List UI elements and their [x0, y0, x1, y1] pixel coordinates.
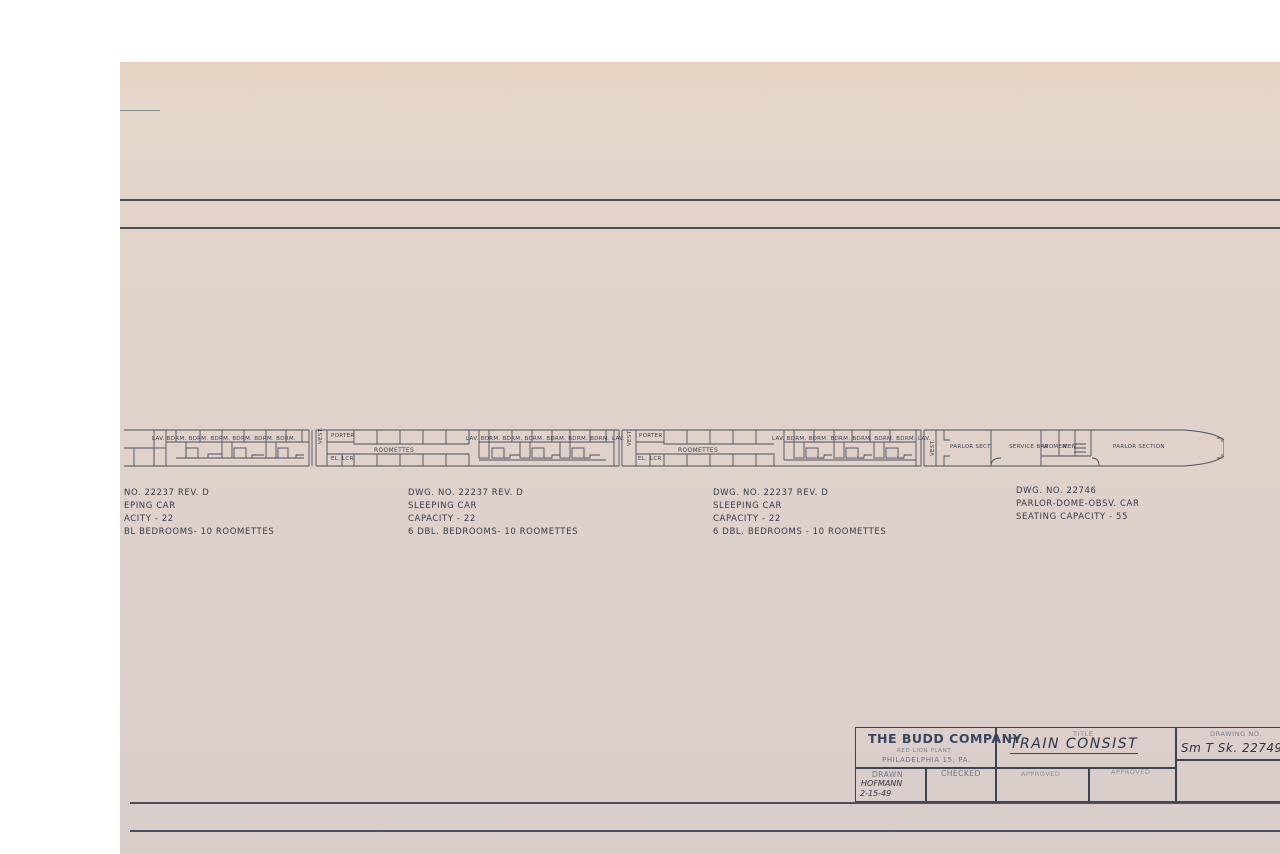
car2-porter-label: PORTER [331, 433, 355, 439]
car4-parlor-section-label: PARLOR SECTION [1113, 444, 1165, 450]
drawn-by: HOFMANN [861, 779, 902, 788]
car3-el-lck-label: EL. [638, 456, 647, 462]
approved-label-1: APPROVED [1021, 770, 1060, 778]
drawing-title: TRAIN CONSIST [1010, 736, 1138, 754]
bottom-border-line-2 [130, 830, 1280, 832]
car2-caption: DWG. NO. 22237 REV. D SLEEPING CAR CAPAC… [408, 487, 578, 539]
car2-roomettes-label: ROOMETTES [374, 447, 414, 454]
drawing-blank-cell [1175, 759, 1280, 802]
drawn-date: 2-15-49 [860, 789, 891, 798]
drawing-no-label: DRAWING NO. [1210, 730, 1262, 738]
bottom-border-line-1 [130, 802, 1280, 804]
car3-roomettes-label: ROOMETTES [678, 447, 718, 454]
plant-name: RED LION PLANT [897, 748, 951, 754]
edge-mark [120, 110, 160, 111]
car3-vest-label: VEST. [627, 429, 633, 446]
car1-caption: NO. 22237 REV. D EPING CAR ACITY - 22 BL… [124, 487, 274, 539]
car2-el-lck-label: EL. [331, 456, 340, 462]
top-border-line-2 [120, 227, 1280, 229]
car4-men-label: MEN [1063, 444, 1076, 450]
car3-caption: DWG. NO. 22237 REV. D SLEEPING CAR CAPAC… [713, 487, 886, 539]
car3-room-labels: LAV. BDRM. BDRM. BDRM. BDRM. BDRM. BDRM.… [772, 436, 931, 442]
car2-vest-label: VEST. [318, 427, 324, 444]
car4-parlor-sect-label: PARLOR SECT. [950, 444, 992, 450]
top-border-line-1 [120, 199, 1280, 201]
car2-room-labels: LAV. BDRM. BDRM. BDRM. BDRM. BDRM. BDRM.… [466, 436, 625, 442]
drawing-number: Sm T Sk. 22749 [1181, 741, 1280, 755]
car4-vest-label: VEST. [930, 439, 936, 456]
car2-lcr-label: LCR [342, 456, 354, 462]
company-name: THE BUDD COMPANY [868, 731, 1022, 746]
checked-label: CHECKED [941, 769, 981, 778]
drawn-label: DRAWN [872, 770, 903, 779]
car4-caption: DWG. NO. 22746 PARLOR-DOME-OBSV. CAR SEA… [1016, 485, 1139, 524]
car1-room-labels: LAV. BDRM. BDRM. BDRM. BDRM. BDRM. BDRM. [152, 436, 296, 442]
approved-label-2: APPROVED [1111, 768, 1150, 776]
car3-lcr-label: LCR [650, 456, 662, 462]
company-city: PHILADELPHIA 15, PA. [882, 756, 971, 764]
car3-porter-label: PORTER [639, 433, 663, 439]
